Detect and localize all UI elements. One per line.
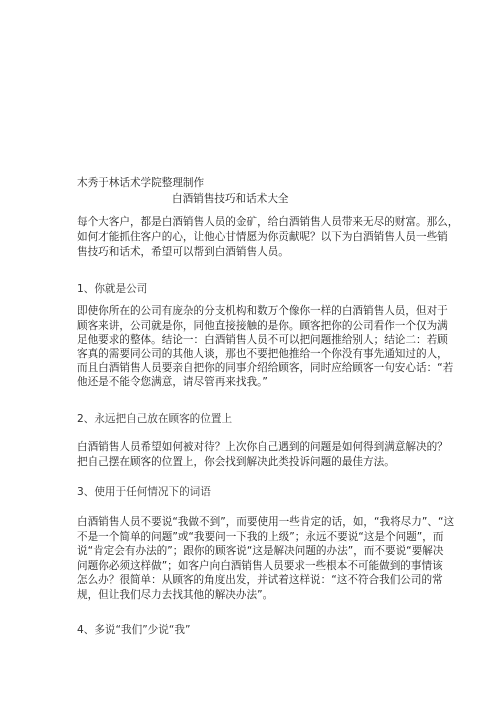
section-1-line: 即使你所在的公司有庞杂的分支机构和数万个像你一样的白酒销售人员，但对于	[77, 305, 425, 318]
section-2-line: 把自己摆在顾客的位置上，你会找到解决此类投诉问题的最佳方法。	[77, 456, 395, 469]
intro-line: 如何才能抓住客户的心，让他心甘情愿为你贡献呢？以下为白酒销售人员一些销	[77, 231, 425, 244]
section-heading-1: 1、你就是公司	[77, 283, 147, 296]
section-2-line: 白酒销售人员希望如何被对待？上次你自己遇到的问题是如何得到满意解决的？	[77, 441, 425, 454]
section-3-line: 规，但让我们尽力去找其他的解决办法”。	[77, 589, 273, 602]
section-3-line: 怎么办？很简单：从顾客的角度出发，并试着这样说：“这不符合我们公司的常	[77, 574, 425, 587]
section-heading-2: 2、永远把自己放在顾客的位置上	[77, 413, 232, 426]
section-1-line: 客真的需要同公司的其他人谈，那也不要把他推给一个你没有事先通知过的人，	[77, 348, 425, 361]
section-1-line: 足他要求的整体。结论一：白酒销售人员不可以把问题推给别人；结论二：若顾	[77, 334, 425, 347]
intro-line: 售技巧和话术，希望可以帮到白酒销售人员。	[77, 246, 289, 259]
section-3-line: 不是一个简单的问题”或“我要问一下我的上级”；永远不要说“这是个问题”，而	[77, 531, 425, 544]
document-header: 木秀于林话术学院整理制作	[77, 177, 204, 190]
section-3-line: 问题你必须这样做”；如客户向白酒销售人员要求一些根本不可能做到的事情该	[77, 560, 425, 573]
section-3-line: 白酒销售人员不要说“我做不到”，而要使用一些肯定的话，如，“我将尽力”、“这	[77, 516, 425, 529]
intro-line: 每个大客户，都是白酒销售人员的金矿，给白酒销售人员带来无尽的财富。那么，	[77, 216, 425, 229]
section-1-line: 而且白酒销售人员要亲自把你的同事介绍给顾客，同时应给顾客一句安心话：“若	[77, 362, 425, 375]
section-1-line: 他还是不能令您满意，请尽管再来找我。”	[77, 376, 268, 389]
section-heading-3: 3、使用于任何情况下的词语	[77, 486, 211, 499]
section-1-line: 顾客来讲，公司就是你，同他直接接触的是你。顾客把你的公司看作一个仅为满	[77, 320, 425, 333]
document-title: 白酒销售技巧和话术大全	[172, 193, 289, 206]
section-heading-4: 4、多说“我们”少说“我”	[77, 624, 190, 637]
section-3-line: 说“肯定会有办法的”；跟你的顾客说“这是解决问题的办法”，而不要说“要解决	[77, 545, 425, 558]
